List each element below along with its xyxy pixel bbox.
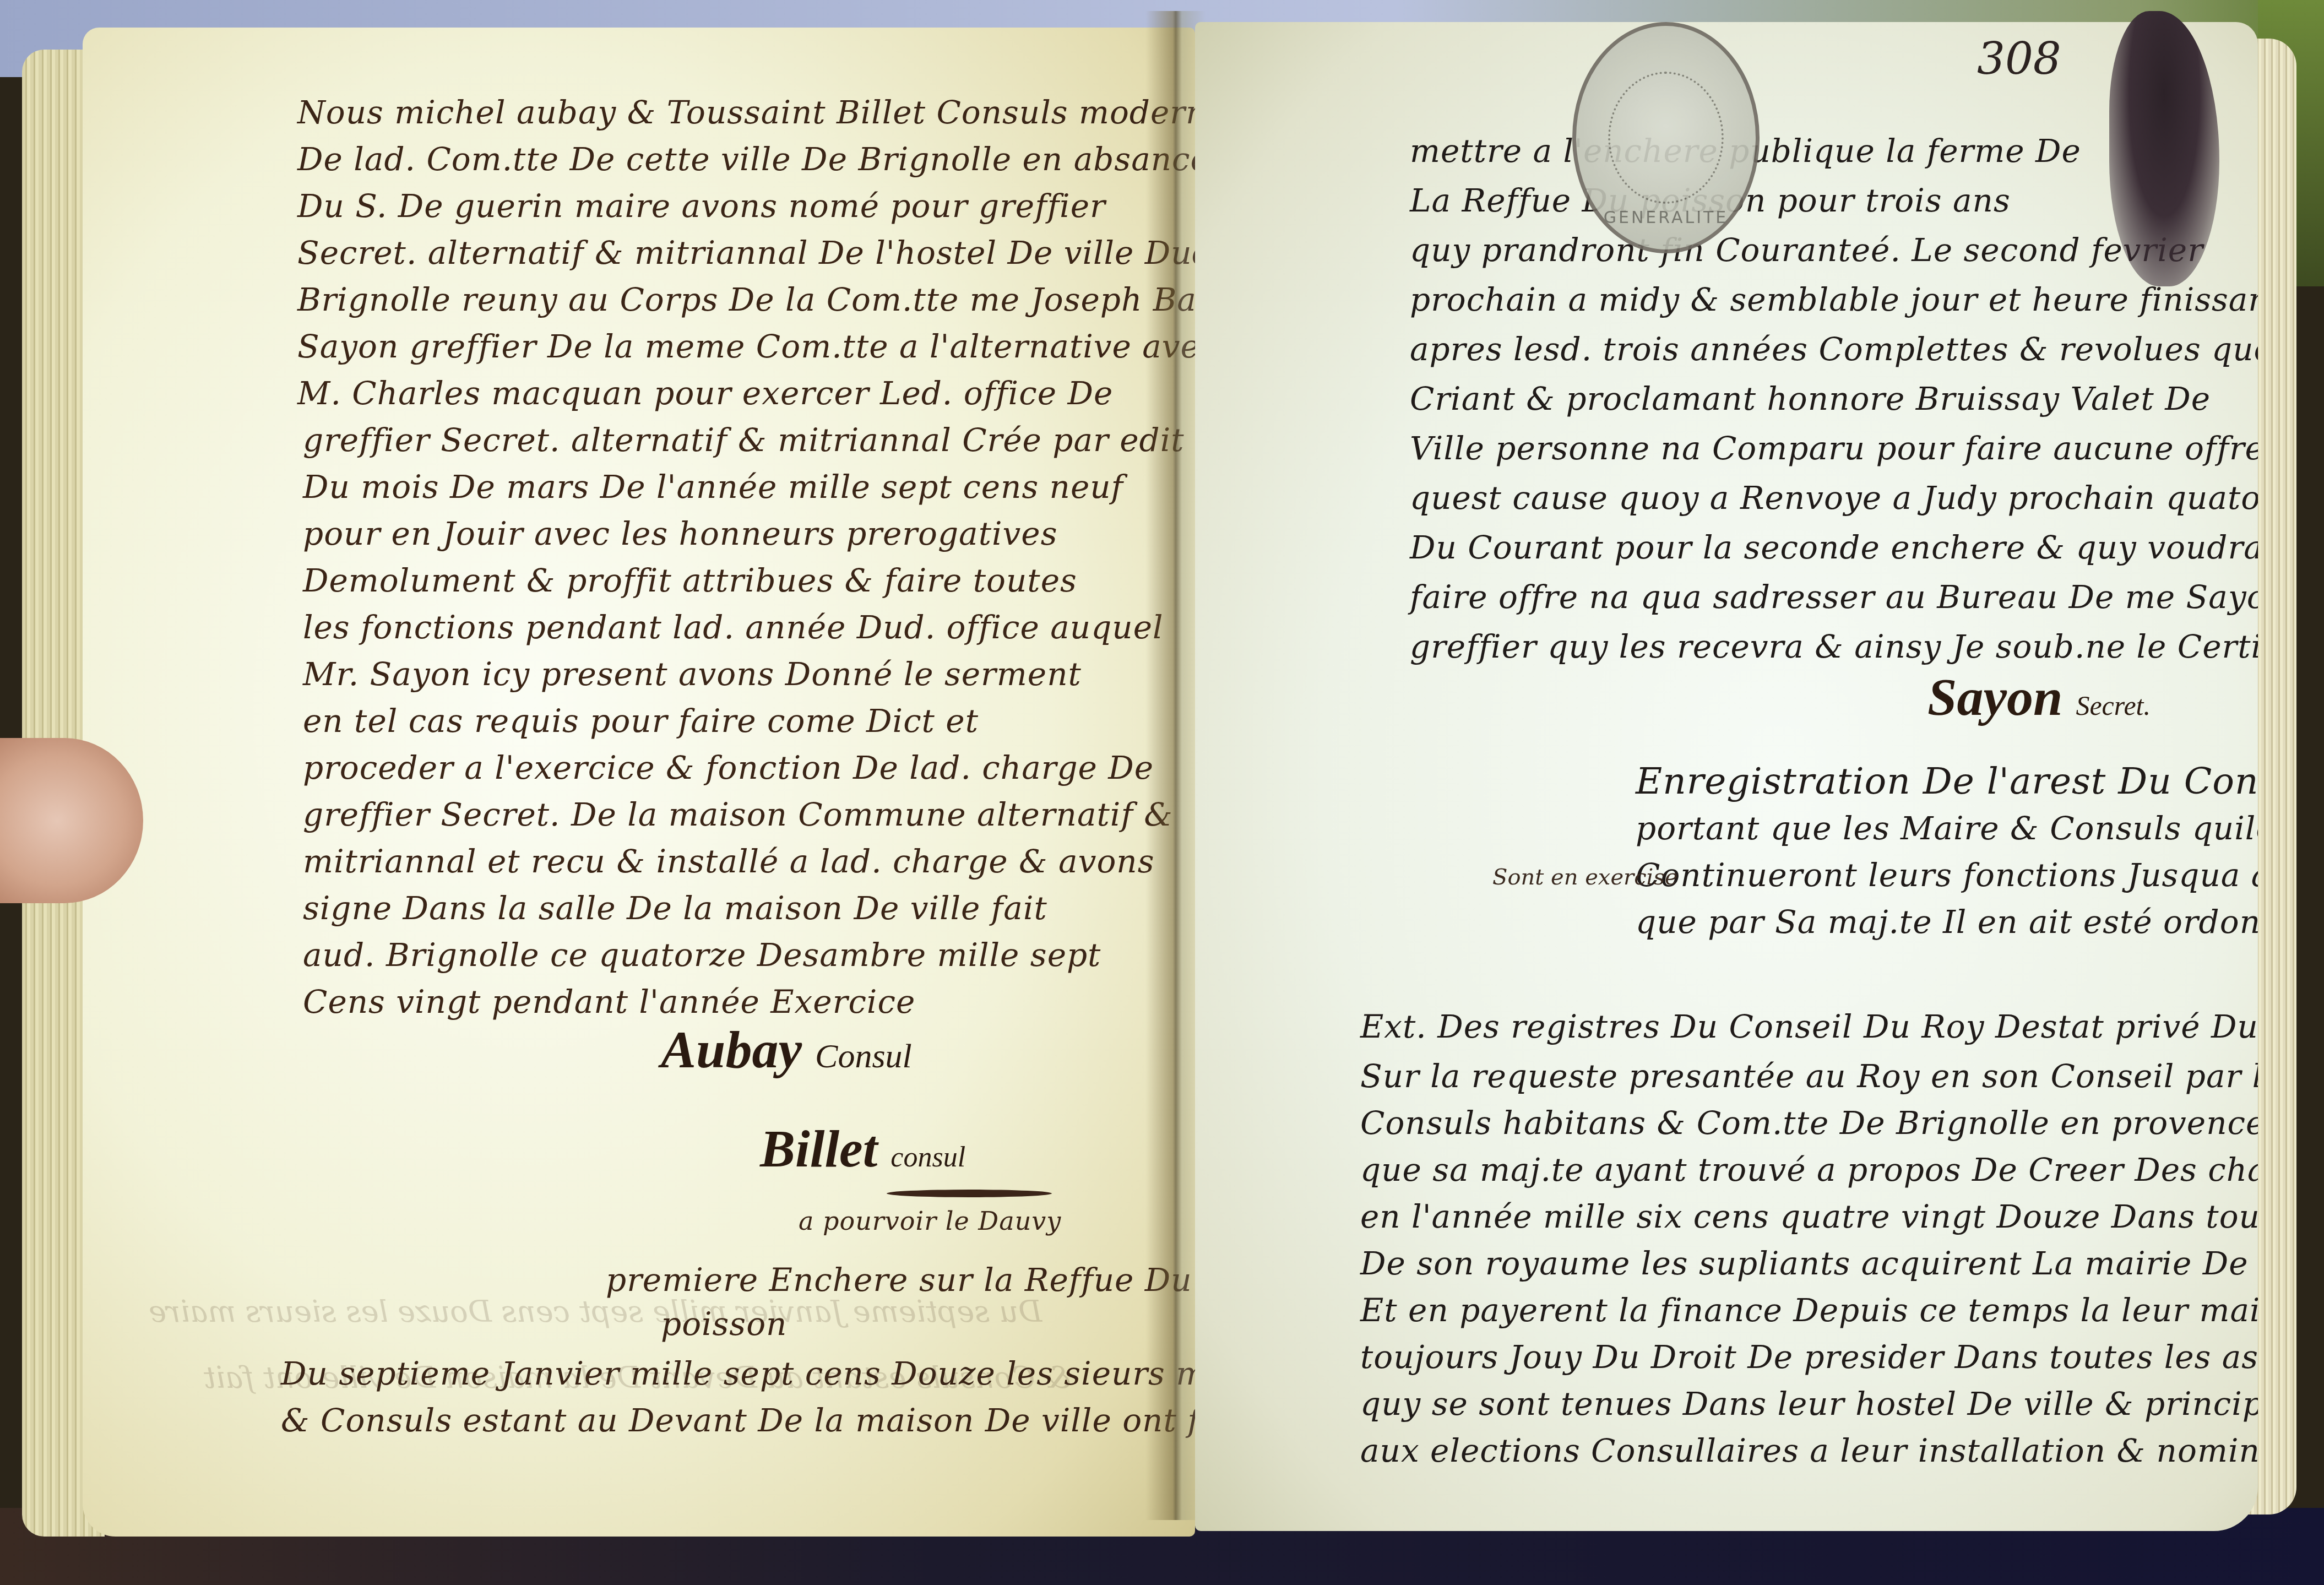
text-line: toujours Jouy Du Droit De presider Dans …	[1360, 1338, 2258, 1376]
text-line: Ext. Des registres Du Conseil Du Roy Des…	[1360, 1008, 2258, 1045]
text-line: Mr. Sayon icy present avons Donné le ser…	[303, 655, 1082, 693]
signature-title: consul	[890, 1142, 965, 1173]
section-title: premiere Enchere sur la Reffue Du	[606, 1261, 1192, 1299]
text-line: faire offre na qua sadresser au Bureau D…	[1410, 578, 2258, 616]
text-line: aud. Brignolle ce quatorze Desambre mill…	[303, 936, 1101, 974]
text-line: Nous michel aubay & Toussaint Billet Con…	[297, 94, 1195, 131]
left-page: Du septieme Janvier mille sept cens Douz…	[83, 28, 1195, 1537]
text-line: que sa maj.te ayant trouvé a propos De C…	[1360, 1151, 2258, 1188]
signature-flourish	[887, 1190, 1052, 1197]
right-page: 308 mettre a l'enchere publique la ferme…	[1195, 22, 2258, 1531]
text-line: Du S. De guerin maire avons nomé pour gr…	[297, 187, 1106, 225]
text-line: Consuls habitans & Com.tte De Brignolle …	[1360, 1104, 2258, 1142]
section-heading: Continueront leurs fonctions Jusqua alor…	[1636, 856, 2258, 894]
seal-text: GENERALITE	[1576, 208, 1756, 227]
text-line: aux elections Consullaires a leur instal…	[1360, 1432, 2258, 1469]
text-line: Du Courant pour la seconde enchere & quy…	[1410, 529, 2258, 566]
signature-billet: Billet consul	[760, 1118, 965, 1179]
text-line: Du mois De mars De l'année mille sept ce…	[303, 468, 1123, 506]
section-heading: portant que les Maire & Consuls quiles	[1636, 810, 2258, 847]
text-line: Criant & proclamant honnore Bruissay Val…	[1410, 380, 2211, 417]
signature-title: Consul	[815, 1038, 912, 1075]
signature-name: Billet	[760, 1119, 877, 1178]
signature-title: Secret.	[2076, 690, 2151, 721]
signature-aubay: Aubay Consul	[661, 1019, 912, 1080]
text-line: quy prandront fin Couranteé. Le second f…	[1410, 231, 2203, 269]
text-line: prochain a midy & semblable jour et heur…	[1410, 281, 2258, 318]
text-line: Ville personne na Comparu pour faire auc…	[1410, 430, 2258, 467]
section-heading: Enregistration De l'arest Du Conseil	[1636, 760, 2258, 802]
text-line: De son royaume les supliants acquirent L…	[1360, 1245, 2258, 1282]
signature-name: Aubay	[661, 1020, 802, 1079]
text-line: quy se sont tenues Dans leur hostel De v…	[1360, 1385, 2258, 1423]
text-line: greffier Secret. alternatif & mitriannal…	[303, 421, 1185, 459]
text-line: Sayon greffier De la meme Com.tte a l'al…	[297, 328, 1195, 365]
text-line: Du septieme Janvier mille sept cens Douz…	[281, 1355, 1195, 1392]
section-title: poisson	[661, 1305, 787, 1343]
text-line: Secret. alternatif & mitriannal De l'hos…	[297, 234, 1195, 272]
text-line: & Consuls estant au Devant De la maison …	[281, 1402, 1195, 1439]
text-line: M. Charles macquan pour exercer Led. off…	[297, 374, 1113, 412]
text-line: en tel cas requis pour faire come Dict e…	[303, 702, 979, 740]
page-number: 308	[1977, 33, 2061, 84]
text-line: en l'année mille six cens quatre vingt D…	[1360, 1198, 2258, 1235]
signature-sayon: Sayon Secret.	[1927, 666, 2151, 728]
text-line: signe Dans la salle De la maison De vill…	[303, 889, 1047, 927]
text-line: Et en payerent la finance Depuis ce temp…	[1360, 1291, 2258, 1329]
text-line: Demolument & proffit attribues & faire t…	[303, 562, 1077, 599]
text-line: mitriannal et recu & installé a lad. cha…	[303, 843, 1154, 880]
text-line: greffier Secret. De la maison Commune al…	[303, 796, 1173, 833]
text-line: Cens vingt pendant l'année Exercice	[303, 983, 915, 1021]
bleed-through-text: Du septieme Janvier mille sept cens Douz…	[149, 1294, 1042, 1329]
text-line: De lad. Com.tte De cette ville De Brigno…	[297, 140, 1195, 178]
margin-note: Sont en exercise	[1492, 865, 1678, 890]
text-line: greffier quy les recevra & ainsy Je soub…	[1410, 628, 2258, 665]
seal-emblem-icon	[1608, 72, 1724, 204]
tax-stamp-seal: GENERALITE	[1572, 22, 1760, 253]
text-line: les fonctions pendant lad. année Dud. of…	[303, 609, 1164, 646]
signature-name: Sayon	[1927, 667, 2062, 726]
text-line: proceder a l'exercice & fonction De lad.…	[303, 749, 1154, 786]
text-line: apres lesd. trois années Complettes & re…	[1410, 330, 2258, 368]
text-line: Brignolle reuny au Corps De la Com.tte m…	[297, 281, 1195, 318]
section-heading: que par Sa maj.te Il en ait esté ordonné	[1636, 903, 2258, 941]
section-note: a pourvoir le Dauvy	[799, 1206, 1061, 1236]
text-line: quest cause quoy a Renvoye a Judy procha…	[1410, 479, 2258, 517]
text-line: pour en Jouir avec les honneurs prerogat…	[303, 515, 1057, 552]
text-line: Sur la requeste presantée au Roy en son …	[1360, 1057, 2258, 1095]
